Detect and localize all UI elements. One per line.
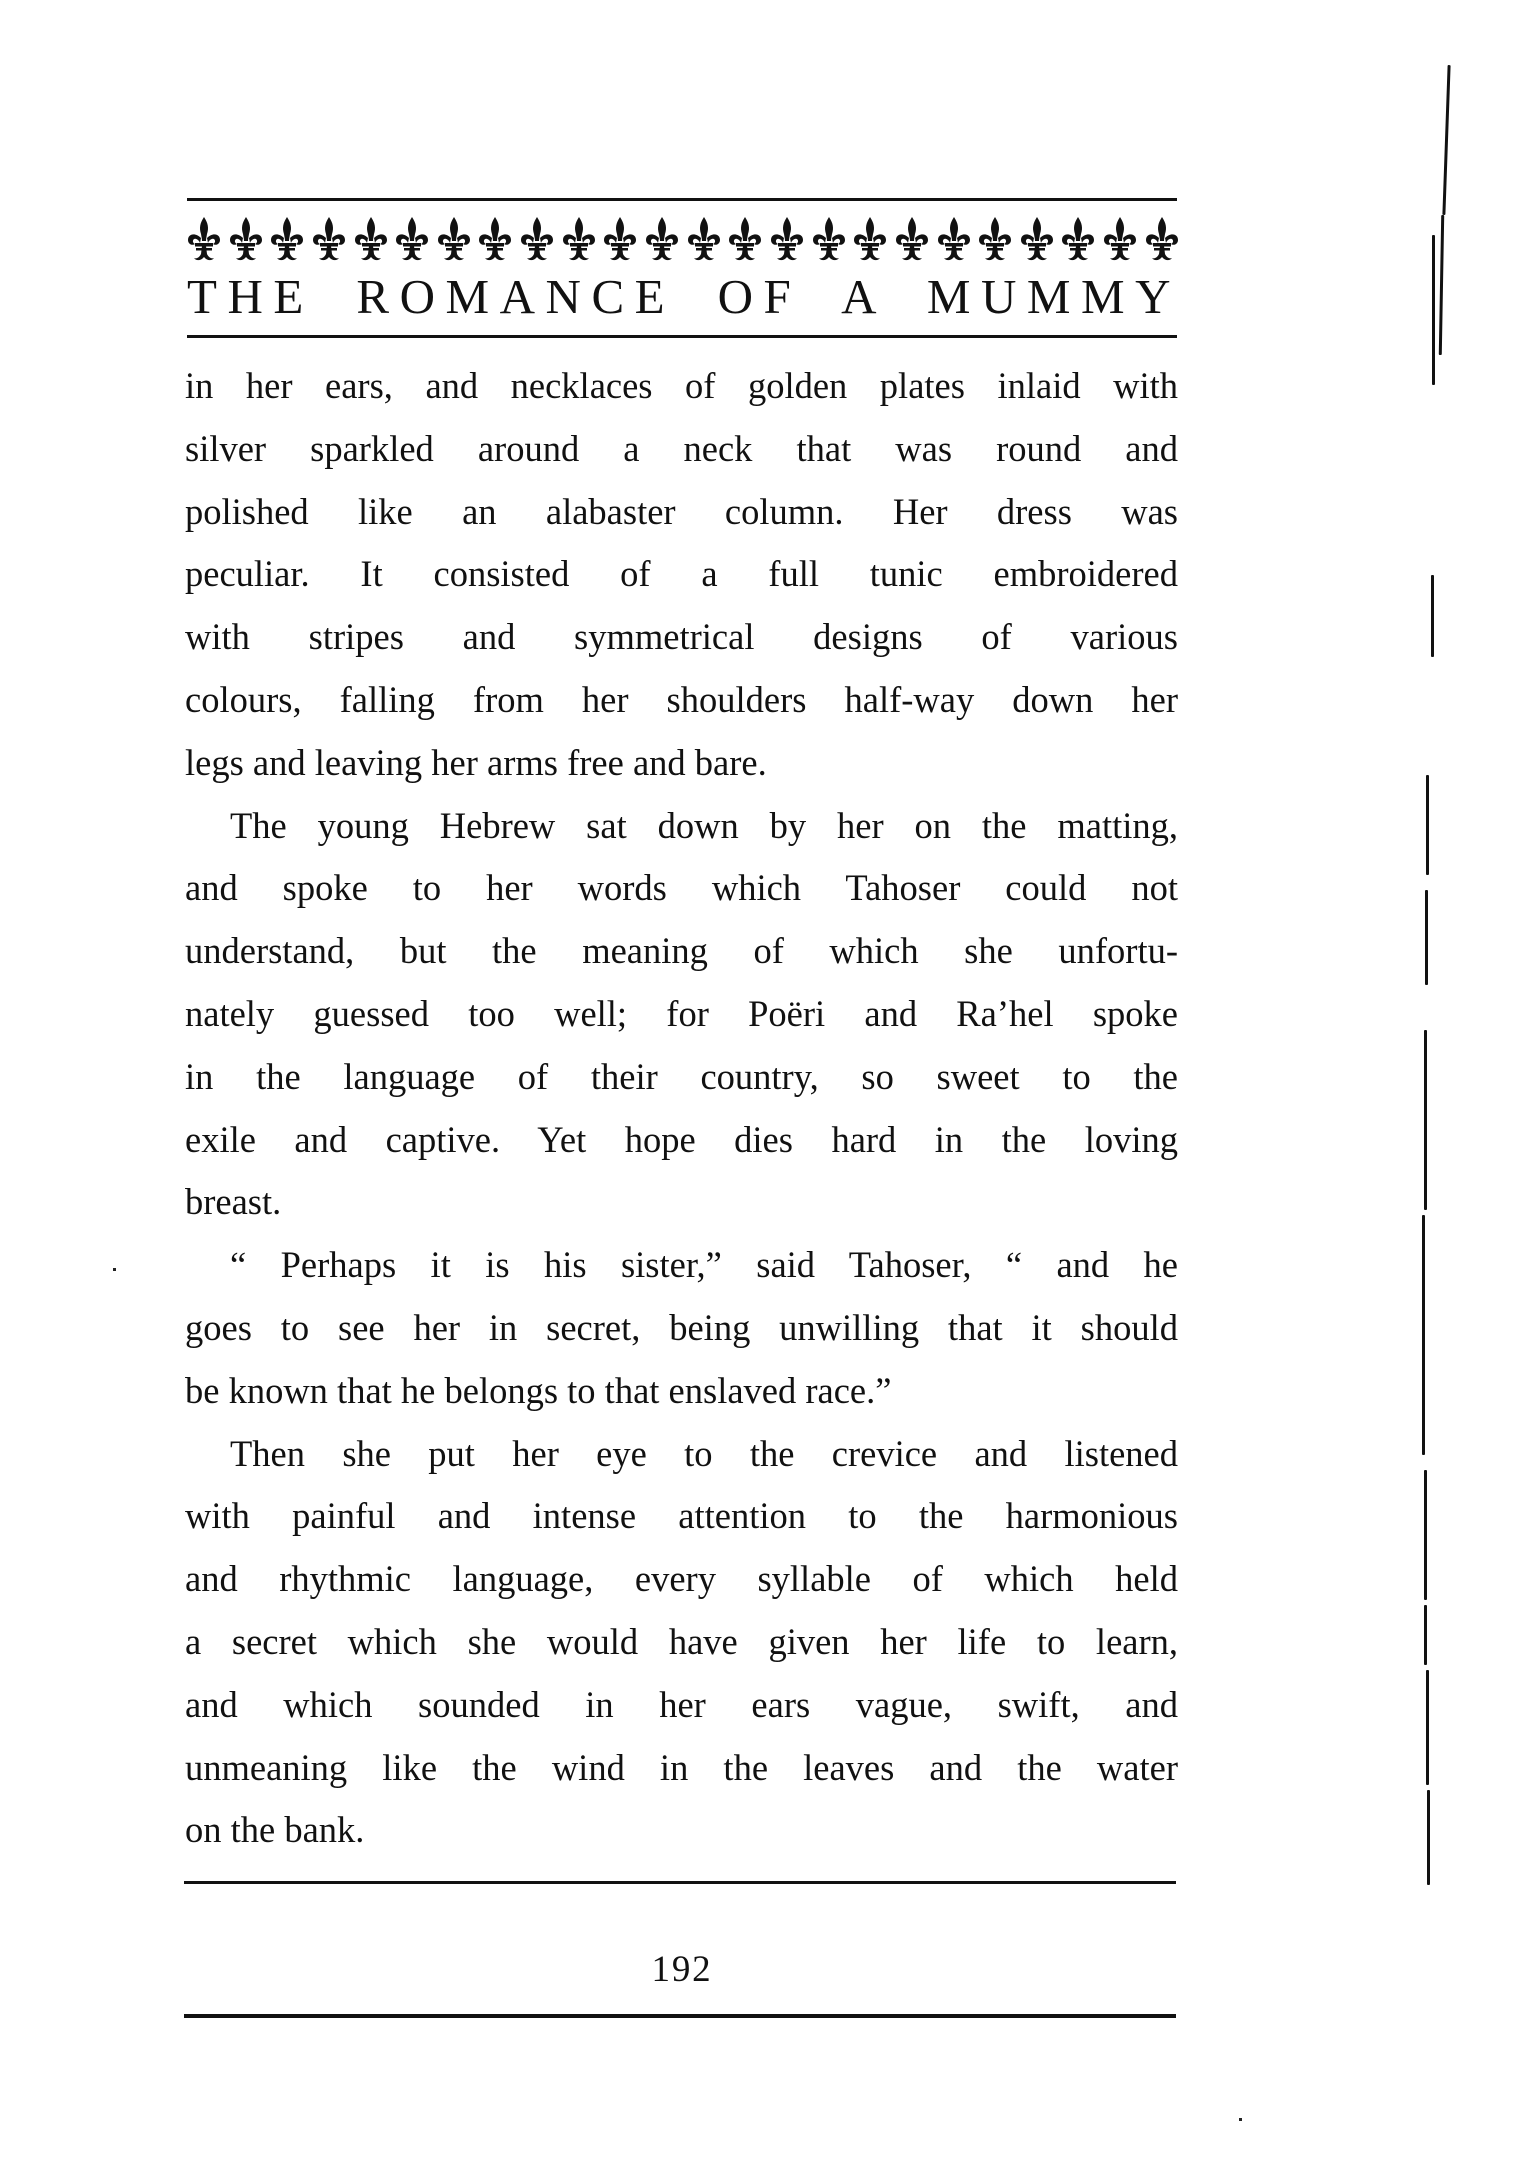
scan-margin-mark — [1426, 775, 1429, 875]
scan-speck — [113, 1268, 116, 1271]
fleur-de-lis-icon — [852, 216, 888, 262]
fleur-de-lis-icon — [269, 216, 305, 262]
text-line: with stripes and symmetrical designs of … — [185, 606, 1178, 669]
fleur-de-lis-icon — [311, 216, 347, 262]
text-line: silver sparkled around a neck that was r… — [185, 418, 1178, 481]
fleur-de-lis-icon — [602, 216, 638, 262]
scan-margin-mark — [1432, 235, 1435, 385]
fleur-de-lis-icon — [477, 216, 513, 262]
footer-bottom-rule — [184, 2014, 1176, 2018]
running-head-title: THE ROMANCE OF A MUMMY — [187, 272, 1181, 321]
fleur-de-lis-icon — [811, 216, 847, 262]
text-line: “ Perhaps it is his sister,” said Tahose… — [185, 1234, 1178, 1297]
scan-margin-mark — [1424, 1470, 1427, 1600]
scan-margin-mark — [1442, 65, 1450, 215]
scan-speck — [1239, 2118, 1242, 2121]
text-line: be known that he belongs to that enslave… — [185, 1360, 1178, 1423]
text-line: in the language of their country, so swe… — [185, 1046, 1178, 1109]
fleur-de-lis-icon — [727, 216, 763, 262]
fleur-de-lis-icon — [977, 216, 1013, 262]
page-number: 192 — [0, 1948, 1364, 1991]
footer-top-rule — [184, 1881, 1176, 1884]
fleur-de-lis-icon — [1060, 216, 1096, 262]
scan-margin-mark — [1431, 575, 1434, 657]
text-line: a secret which she would have given her … — [185, 1611, 1178, 1674]
scan-margin-mark — [1424, 1605, 1427, 1665]
text-line: polished like an alabaster column. Her d… — [185, 481, 1178, 544]
text-line: goes to see her in secret, being unwilli… — [185, 1297, 1178, 1360]
text-line: and rhythmic language, every syllable of… — [185, 1548, 1178, 1611]
fleur-de-lis-icon — [186, 216, 222, 262]
text-line: legs and leaving her arms free and bare. — [185, 732, 1178, 795]
text-line: exile and captive. Yet hope dies hard in… — [185, 1109, 1178, 1172]
text-line: and spoke to her words which Tahoser cou… — [185, 857, 1178, 920]
text-line: The young Hebrew sat down by her on the … — [185, 795, 1178, 858]
text-line: with painful and intense attention to th… — [185, 1485, 1178, 1548]
fleur-de-lis-icon — [1019, 216, 1055, 262]
text-line: and which sounded in her ears vague, swi… — [185, 1674, 1178, 1737]
fleur-de-lis-icon — [1102, 216, 1138, 262]
text-line: breast. — [185, 1171, 1178, 1234]
scan-margin-mark — [1427, 1790, 1430, 1885]
fleur-de-lis-icon — [644, 216, 680, 262]
header-top-rule — [187, 198, 1177, 201]
fleur-de-lis-icon — [561, 216, 597, 262]
fleur-de-lis-icon — [686, 216, 722, 262]
fleur-de-lis-icon — [353, 216, 389, 262]
scan-margin-mark — [1439, 215, 1444, 355]
scan-margin-mark — [1425, 890, 1428, 985]
fleur-de-lis-ornament-band — [186, 214, 1180, 264]
fleur-de-lis-icon — [769, 216, 805, 262]
scan-margin-mark — [1424, 1030, 1427, 1210]
fleur-de-lis-icon — [1144, 216, 1180, 262]
page-body: in her ears, and necklaces of golden pla… — [185, 355, 1178, 1862]
text-line: on the bank. — [185, 1799, 1178, 1862]
text-line: unmeaning like the wind in the leaves an… — [185, 1737, 1178, 1800]
fleur-de-lis-icon — [228, 216, 264, 262]
fleur-de-lis-icon — [936, 216, 972, 262]
header-bottom-rule — [187, 335, 1177, 338]
text-line: understand, but the meaning of which she… — [185, 920, 1178, 983]
scan-margin-mark — [1426, 1670, 1429, 1785]
scan-margin-mark — [1422, 1215, 1425, 1455]
text-line: Then she put her eye to the crevice and … — [185, 1423, 1178, 1486]
text-line: colours, falling from her shoulders half… — [185, 669, 1178, 732]
text-line: peculiar. It consisted of a full tunic e… — [185, 543, 1178, 606]
text-line: in her ears, and necklaces of golden pla… — [185, 355, 1178, 418]
fleur-de-lis-icon — [436, 216, 472, 262]
fleur-de-lis-icon — [394, 216, 430, 262]
text-line: nately guessed too well; for Poëri and R… — [185, 983, 1178, 1046]
fleur-de-lis-icon — [894, 216, 930, 262]
fleur-de-lis-icon — [519, 216, 555, 262]
